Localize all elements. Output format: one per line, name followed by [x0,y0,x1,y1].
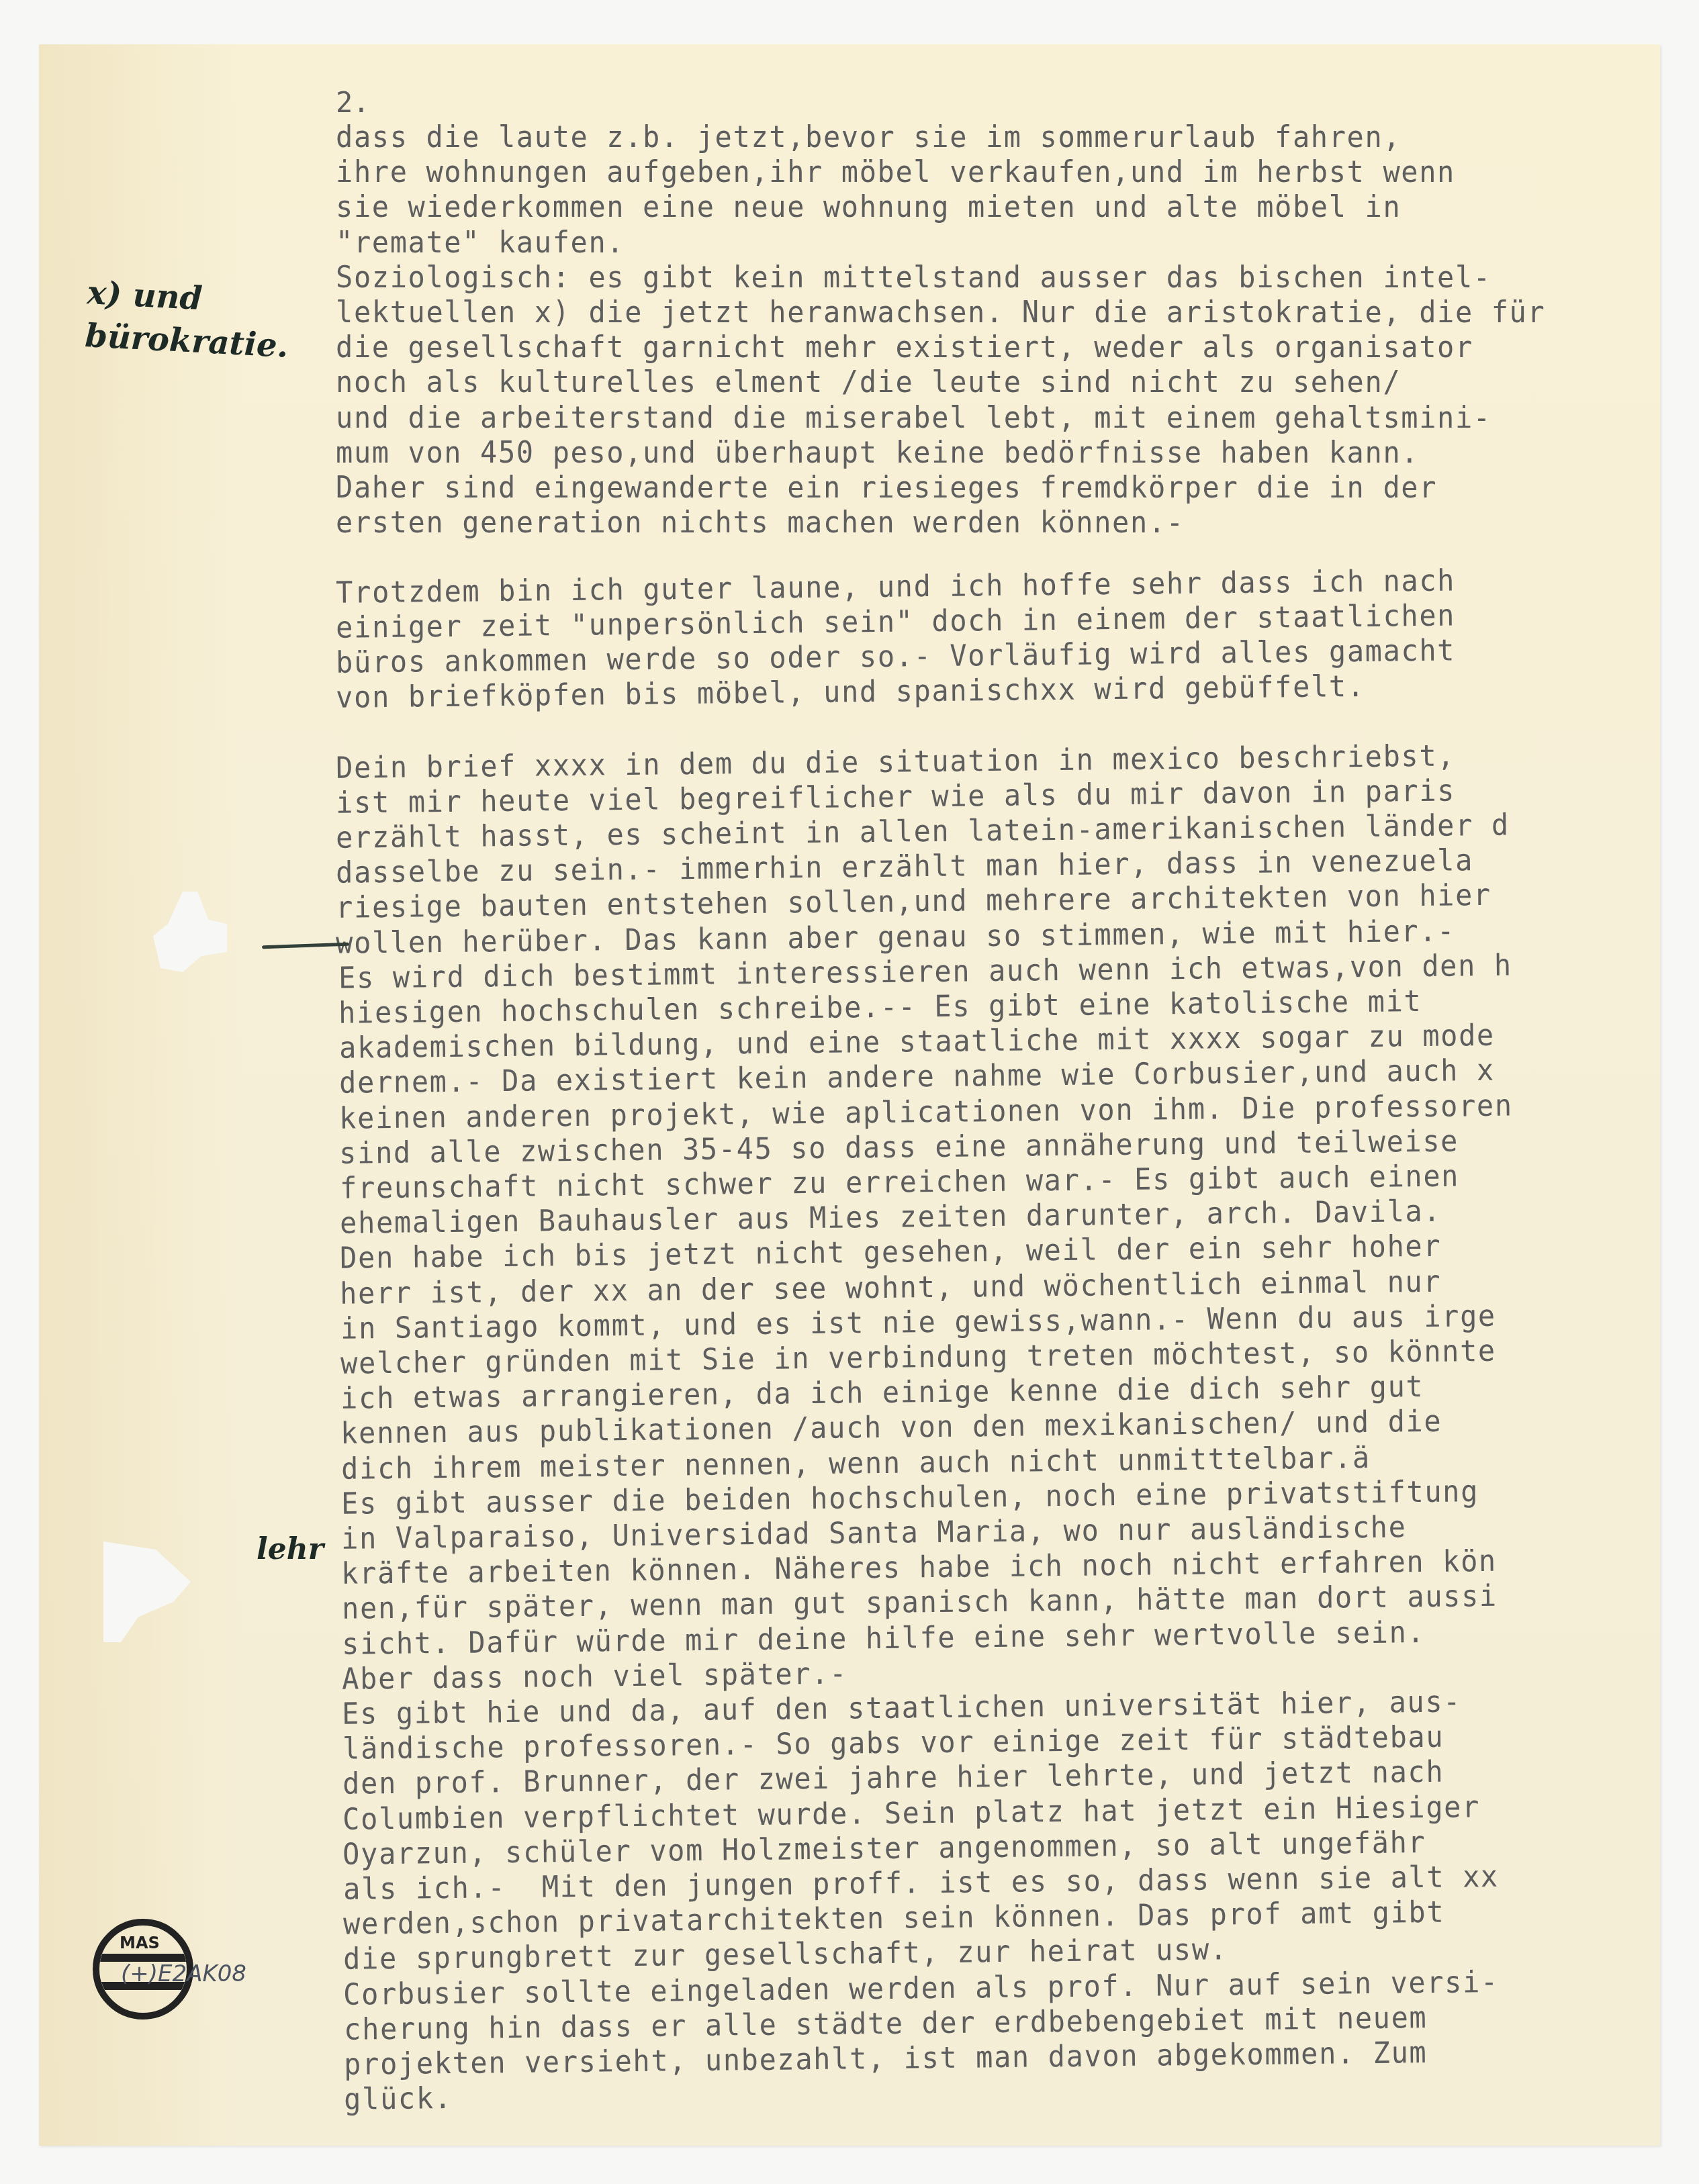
paper-tear [153,892,227,972]
typed-line: mum von 450 peso,und überhaupt keine bed… [336,438,1419,467]
typed-line: Soziologisch: es gibt kein mittelstand a… [336,263,1491,292]
typed-line: glück. [344,2083,453,2114]
archive-number: (+)E2AK08 [121,1960,246,1987]
stamp-text: MAS [120,1934,160,1952]
typed-line: lektuellen x) die jetzt heranwachsen. Nu… [336,297,1545,327]
typed-line: noch als kulturelles elment /die leute s… [336,367,1401,397]
typed-line: "remate" kaufen. [336,228,625,257]
typed-line: sie wiederkommen eine neue wohnung miete… [336,192,1401,222]
typed-line: dass die laute z.b. jetzt,bevor sie im s… [336,122,1401,152]
paper-tear [103,1541,191,1642]
typed-line: die gesellschaft garnicht mehr existiert… [336,332,1473,362]
typed-line: ihre wohnungen aufgeben,ihr möbel verkau… [336,157,1455,187]
typed-line: und die arbeiterstand die miserabel lebt… [336,403,1491,432]
handwritten-margin-note: x) und bürokratie. [84,271,291,368]
typed-line: Daher sind eingewanderte ein riesieges f… [336,473,1437,502]
typed-line: Aber dass noch viel später.- [342,1659,847,1694]
typed-line: ersten generation nichts machen werden k… [336,508,1185,537]
page-number: 2. [336,86,370,119]
handwritten-margin-note-lehr: lehr [257,1532,324,1566]
